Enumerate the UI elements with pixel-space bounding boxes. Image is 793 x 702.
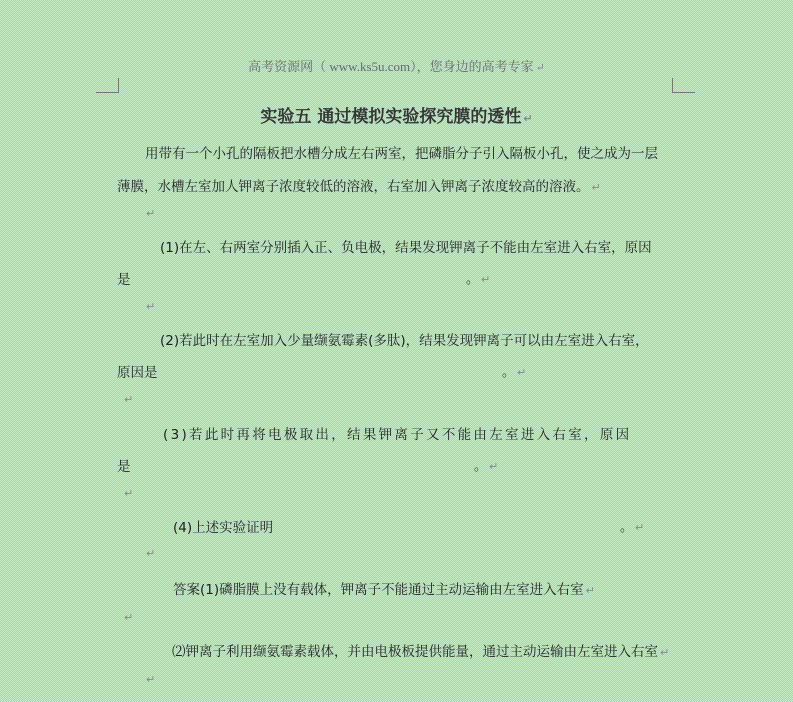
paragraph-mark-icon: ↵ [146, 547, 155, 560]
period: 。 [620, 520, 633, 535]
question-1-line-1: (1)在左、右两室分别插入正、负电极，结果发现钾离子不能由左室进入右室，原因 [160, 236, 652, 256]
period: 。 [466, 272, 479, 287]
paragraph-mark-icon: ↵ [124, 611, 133, 624]
paragraph-mark-icon: ↵ [146, 207, 155, 220]
paragraph-mark-icon: ↵ [124, 487, 133, 500]
paragraph-mark-icon: ↵ [660, 646, 669, 659]
paragraph-mark-icon: ↵ [489, 460, 498, 473]
paragraph-mark-icon: ↵ [481, 273, 490, 286]
intro-line-1: 用带有一个小孔的隔板把水槽分成左右两室，把磷脂分子引入隔板小孔，使之成为一层 [145, 142, 658, 162]
paragraph-mark-icon: ↵ [146, 300, 155, 313]
question-3-answer-prompt: 是 [117, 459, 131, 475]
paragraph-mark-icon: ↵ [635, 521, 644, 534]
question-4-text: (4)上述实验证明 [173, 520, 273, 536]
title-text: 实验五 通过模拟实验探究膜的透性 [260, 107, 521, 127]
question-1-end: 。↵ [466, 268, 490, 287]
answer-1-text: 答案(1)磷脂膜上没有载体，钾离子不能通过主动运输由左室进入右室 [173, 582, 584, 598]
paragraph-mark-icon: ↵ [592, 181, 601, 194]
question-1-text: (1)在左、右两室分别插入正、负电极，结果发现钾离子不能由左室进入右室，原因 [160, 240, 652, 256]
period: 。 [502, 365, 515, 380]
question-2-line-2: 原因是 [117, 361, 158, 381]
crop-mark-right-icon [672, 78, 695, 93]
answer-1: 答案(1)磷脂膜上没有载体，钾离子不能通过主动运输由左室进入右室↵ [173, 578, 595, 598]
intro-text-1: 用带有一个小孔的隔板把水槽分成左右两室，把磷脂分子引入隔板小孔，使之成为一层 [145, 146, 658, 162]
period: 。 [474, 459, 487, 474]
paragraph-mark-icon: ↵ [586, 584, 595, 597]
question-1-answer-prompt: 是 [117, 272, 131, 288]
question-2-line-1: (2)若此时在左室加入少量缬氨霉素(多肽)，结果发现钾离子可以由左室进入右室， [160, 329, 649, 349]
paragraph-mark-icon: ↵ [523, 112, 532, 125]
question-1-line-2: 是 [117, 268, 131, 288]
crop-mark-left-icon [96, 78, 119, 93]
question-4-line-1: (4)上述实验证明 [173, 516, 273, 536]
answer-2-text: ⑵钾离子利用缬氨霉素载体，并由电极板提供能量，通过主动运输由左室进入右室 [172, 644, 658, 660]
question-3-line-2: 是 [117, 455, 131, 475]
question-4-end: 。↵ [620, 516, 644, 535]
paragraph-mark-icon: ↵ [146, 673, 155, 686]
question-2-end: 。↵ [502, 361, 526, 380]
question-3-end: 。↵ [474, 455, 498, 474]
question-3-line-1: (3)若此时再将电极取出，结果钾离子又不能由左室进入右室，原因 [163, 423, 631, 443]
question-3-text: (3)若此时再将电极取出，结果钾离子又不能由左室进入右室，原因 [163, 427, 631, 443]
question-2-text: (2)若此时在左室加入少量缬氨霉素(多肽)，结果发现钾离子可以由左室进入右室， [160, 333, 649, 349]
paragraph-mark-icon: ↵ [536, 62, 545, 74]
document-title: 实验五 通过模拟实验探究膜的透性↵ [0, 102, 793, 127]
page-header: 高考资源网（ www.ks5u.com），您身边的高考专家↵ [0, 56, 793, 75]
answer-2: ⑵钾离子利用缬氨霉素载体，并由电极板提供能量，通过主动运输由左室进入右室↵ [172, 640, 669, 660]
paragraph-mark-icon: ↵ [517, 366, 526, 379]
question-2-answer-prompt: 原因是 [117, 365, 158, 381]
header-text: 高考资源网（ www.ks5u.com），您身边的高考专家 [248, 59, 534, 74]
intro-line-2: 薄膜，水槽左室加人钾离子浓度较低的溶液，右室加入钾离子浓度较高的溶液。↵ [117, 175, 601, 195]
intro-text-2: 薄膜，水槽左室加人钾离子浓度较低的溶液，右室加入钾离子浓度较高的溶液。 [117, 179, 590, 195]
paragraph-mark-icon: ↵ [124, 393, 133, 406]
